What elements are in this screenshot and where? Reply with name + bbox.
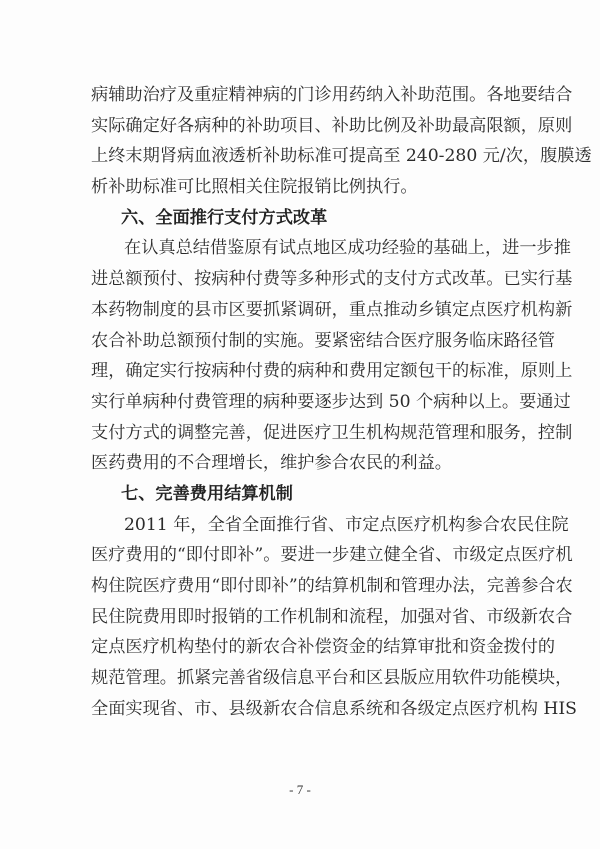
body-line: 实行单病种付费管理的病种要逐步达到 50 个病种以上。要通过 <box>91 387 513 418</box>
body-line: 定点医疗机构垫付的新农合补偿资金的结算审批和资金拨付的 <box>91 632 513 663</box>
document-page: 病辅助治疗及重症精神病的门诊用药纳入补助范围。各地要结合 实际确定好各病种的补助… <box>0 0 600 849</box>
body-line: 构住院医疗费用“即付即补”的结算机制和管理办法，完善参合农 <box>91 571 513 602</box>
body-line: 进总额预付、按病种付费等多种形式的支付方式改革。已实行基 <box>91 264 513 295</box>
body-line: 农合补助总额预付制的实施。要紧密结合医疗服务临床路径管 <box>91 326 513 357</box>
body-line: 理，确定实行按病种付费的病种和费用定额包干的标准，原则上 <box>91 356 513 387</box>
page-number: - 7 - <box>0 782 600 798</box>
body-line: 医疗费用的“即付即补”。要进一步建立健全省、市级定点医疗机 <box>91 540 513 571</box>
body-line: 支付方式的调整完善，促进医疗卫生机构规范管理和服务，控制 <box>91 418 513 449</box>
body-line: 上终末期肾病血液透析补助标准可提高至 240-280 元/次，腹膜透 <box>91 141 513 172</box>
section-heading: 七、完善费用结算机制 <box>91 479 513 510</box>
page-body: 病辅助治疗及重症精神病的门诊用药纳入补助范围。各地要结合 实际确定好各病种的补助… <box>91 80 513 724</box>
body-line: 实际确定好各病种的补助项目、补助比例及补助最高限额，原则 <box>91 111 513 142</box>
body-line: 在认真总结借鉴原有试点地区成功经验的基础上，进一步推 <box>91 233 513 264</box>
body-line: 医药费用的不合理增长，维护参合农民的利益。 <box>91 448 513 479</box>
body-line: 析补助标准可比照相关住院报销比例执行。 <box>91 172 513 203</box>
body-line: 2011 年，全省全面推行省、市定点医疗机构参合农民住院 <box>91 510 513 541</box>
body-line: 病辅助治疗及重症精神病的门诊用药纳入补助范围。各地要结合 <box>91 80 513 111</box>
body-line: 全面实现省、市、县级新农合信息系统和各级定点医疗机构 HIS <box>91 694 513 725</box>
body-line: 规范管理。抓紧完善省级信息平台和区县版应用软件功能模块， <box>91 663 513 694</box>
body-line: 本药物制度的县市区要抓紧调研，重点推动乡镇定点医疗机构新 <box>91 295 513 326</box>
body-line: 民住院费用即时报销的工作机制和流程，加强对省、市级新农合 <box>91 602 513 633</box>
section-heading: 六、全面推行支付方式改革 <box>91 203 513 234</box>
